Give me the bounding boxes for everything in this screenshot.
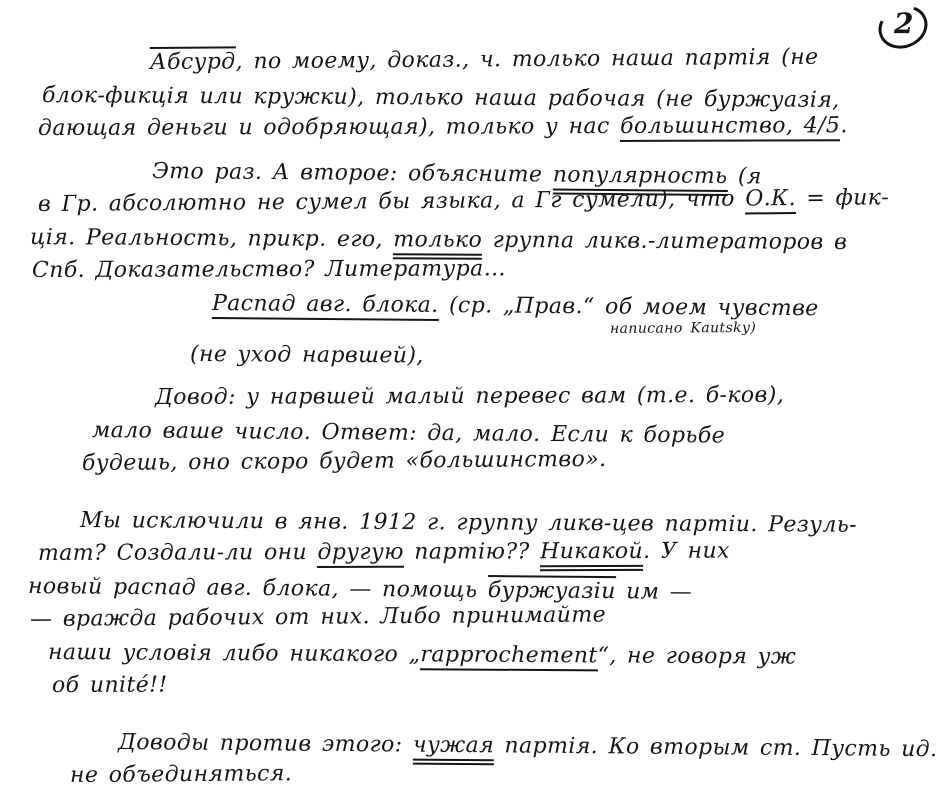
manuscript-line: Абсурд, по моему, доказ., ч. только наша… <box>150 40 942 79</box>
text-segment: написано Kautsky) <box>610 320 756 337</box>
manuscript-line: написано Kautsky) <box>610 317 942 338</box>
emphasized-text: Распад авг. блока. <box>212 291 439 321</box>
text-segment: . <box>840 113 847 138</box>
text-segment: новый распад авг. блока, — помощь <box>28 574 488 603</box>
manuscript-line: в Гр. абсолютно не сумел бы языка, а Гг … <box>38 181 942 221</box>
manuscript-line: Спб. Доказательство? Литература… <box>32 251 942 287</box>
text-segment: об unité!! <box>52 673 168 698</box>
text-segment: , по моему, доказ., ч. только наша парті… <box>236 45 819 75</box>
manuscript-line: дающая деньги и одобряющая), только у на… <box>38 109 942 145</box>
manuscript-line: Довод: у нарвшей малый перевес вам (т.е.… <box>155 378 942 414</box>
manuscript-line: (не уход нарвшей), <box>190 338 942 376</box>
text-segment: . У них <box>643 539 730 564</box>
text-segment: тат? Создали-ли они <box>38 540 318 566</box>
emphasized-text: другую <box>317 540 404 568</box>
text-segment: = фик- <box>796 185 889 211</box>
emphasized-text: Никакой <box>540 539 643 571</box>
text-segment: Доводы против этого: <box>118 730 413 758</box>
manuscript-line: будешь, оно скоро будет «большинство». <box>82 440 942 480</box>
text-segment: (не уход нарвшей), <box>190 342 424 368</box>
emphasized-text: О.К. <box>745 186 796 214</box>
text-segment: наши условія либо никакого „ <box>48 640 421 667</box>
manuscript-line: об unité!! <box>52 666 942 702</box>
manuscript-line: не объединяться. <box>70 752 942 792</box>
text-segment: Довод: у нарвшей малый перевес вам (т.е.… <box>155 383 784 410</box>
text-segment: ція. Реальность, прикр. его, <box>30 225 393 252</box>
manuscript-line: тат? Создали-ли они другую партію?? Ника… <box>38 534 942 570</box>
text-segment: блок-фикція или кружки), только наша раб… <box>42 83 840 113</box>
page-number-value: 2 <box>894 7 913 40</box>
text-segment: (ср. „Прав.“ об моем чувстве <box>439 293 819 321</box>
text-segment: партію?? <box>404 539 540 564</box>
manuscript-page: 2 Абсурд, по моему, доказ., ч. только на… <box>0 0 942 810</box>
manuscript-body: Абсурд, по моему, доказ., ч. только наша… <box>0 0 942 792</box>
text-segment: Это раз. А второе: объясните <box>152 159 553 187</box>
text-segment: не объединяться. <box>70 761 292 788</box>
text-segment: Спб. Доказательство? Литература… <box>32 256 506 283</box>
manuscript-line: — вражда рабочих от них. Либо принимайте <box>30 596 942 636</box>
text-segment: будешь, оно скоро будет «большинство». <box>82 447 607 476</box>
text-segment: — вражда рабочих от них. Либо принимайте <box>30 602 606 632</box>
text-segment: дающая деньги и одобряющая), только у на… <box>38 114 620 141</box>
text-segment: Мы исключили в янв. 1912 г. группу ликв-… <box>80 508 857 538</box>
emphasized-text: большинство, 4/5 <box>620 113 840 142</box>
text-segment: в Гр. абсолютно не сумел бы языка, а Гг … <box>38 186 745 217</box>
emphasized-text: Абсурд <box>150 46 236 75</box>
